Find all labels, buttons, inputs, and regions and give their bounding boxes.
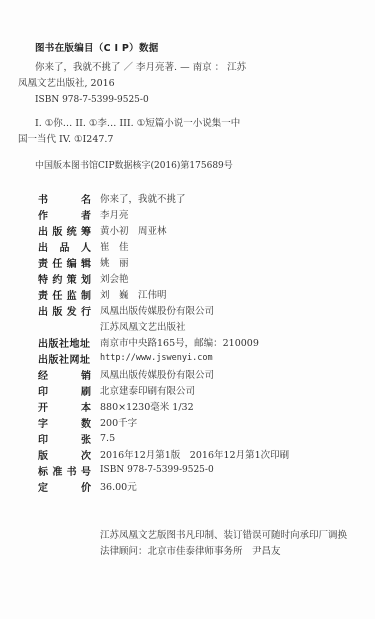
info-value: 2016年12月第1版 2016年12月第1次印刷 [100, 447, 289, 461]
cip-subject-line: I. ①你… II. ①李… III. ①短篇小说一小说集一中 [35, 118, 240, 130]
info-value: 凤凰出版传媒股份有限公司 [100, 303, 214, 317]
info-label: 特约策划 [38, 271, 91, 286]
info-value: 凤凰出版传媒股份有限公司 [100, 367, 214, 381]
info-value: 南京市中央路165号，邮编：210009 [100, 335, 259, 349]
info-value: 崔 佳 [100, 239, 129, 253]
exchange-notice: 江苏凤凰文艺版图书凡印制、装订错误可随时向承印厂调换 [100, 528, 347, 544]
cip-classification-line: 国一当代 IV. ①I247.7 [18, 134, 113, 146]
info-label: 出品人 [38, 239, 91, 254]
cip-publisher-line: 凤凰文艺出版社, 2016 [18, 78, 115, 90]
info-label: 出版统筹 [38, 223, 91, 238]
cip-serial-number: 中国版本图书馆CIP数据核字(2016)第175689号 [35, 158, 233, 171]
info-label: 书名 [38, 191, 91, 206]
info-label: 责任监制 [38, 287, 91, 302]
info-value: 880×1230毫米 1/32 [100, 399, 194, 413]
info-row-seller: 经销 凤凰出版传媒股份有限公司 [38, 366, 289, 382]
info-value: ISBN 978-7-5399-9525-0 [100, 465, 214, 475]
info-value: 36.00元 [100, 479, 137, 493]
info-row-author: 作者 李月亮 [38, 206, 289, 222]
info-value: 北京建泰印刷有限公司 [100, 383, 195, 397]
info-label: 出版社地址 [38, 335, 91, 350]
publisher-website-link: http://www.jswenyi.com [100, 353, 213, 363]
info-row-edition: 版次 2016年12月第1版 2016年12月第1次印刷 [38, 446, 289, 462]
info-row-distributor-2: 江苏凤凰文艺出版社 [38, 318, 289, 334]
info-row-distributor: 出版发行 凤凰出版传媒股份有限公司 [38, 302, 289, 318]
info-row-printed-sheets: 印张 7.5 [38, 430, 289, 446]
info-label: 开本 [38, 399, 91, 414]
footnotes: 江苏凤凰文艺版图书凡印制、装订错误可随时向承印厂调换 法律顾问：北京市佳泰律师事… [100, 528, 347, 560]
info-value: 李月亮 [100, 207, 129, 221]
info-row-producer: 出品人 崔 佳 [38, 238, 289, 254]
info-row-special-planner: 特约策划 刘会艳 [38, 270, 289, 286]
cip-title-line: 你来了，我就不挑了 ／ 李月亮著. — 南京 ： 江苏 [35, 62, 246, 74]
info-row-publisher-address: 出版社地址 南京市中央路165号，邮编：210009 [38, 334, 289, 350]
info-value: 200千字 [100, 415, 137, 429]
cip-isbn-line: ISBN 978-7-5399-9525-0 [35, 94, 149, 106]
info-value: 黄小初 周亚林 [100, 223, 167, 237]
info-row-supervisor: 责任监制 刘 巍 江伟明 [38, 286, 289, 302]
legal-counsel: 法律顾问：北京市佳泰律师事务所 尹昌友 [100, 544, 347, 560]
info-value: 你来了，我就不挑了 [100, 191, 186, 205]
info-label: 字数 [38, 415, 91, 430]
cip-heading: 图书在版编目（C I P）数据 [35, 40, 159, 54]
info-label: 定价 [38, 479, 91, 494]
info-value: 7.5 [100, 433, 115, 444]
info-value: 刘 巍 江伟明 [100, 287, 167, 301]
book-info-table: 书名 你来了，我就不挑了 作者 李月亮 出版统筹 黄小初 周亚林 出品人 崔 佳… [38, 190, 289, 494]
info-label: 标准书号 [38, 463, 91, 478]
info-row-title: 书名 你来了，我就不挑了 [38, 190, 289, 206]
info-row-format: 开本 880×1230毫米 1/32 [38, 398, 289, 414]
info-value: 姚 丽 [100, 255, 129, 269]
info-row-printer: 印刷 北京建泰印刷有限公司 [38, 382, 289, 398]
info-label: 经销 [38, 367, 91, 382]
info-row-publishing-coordinator: 出版统筹 黄小初 周亚林 [38, 222, 289, 238]
info-row-isbn: 标准书号 ISBN 978-7-5399-9525-0 [38, 462, 289, 478]
info-label: 出版发行 [38, 303, 91, 318]
info-row-word-count: 字数 200千字 [38, 414, 289, 430]
info-value: 江苏凤凰文艺出版社 [100, 319, 186, 333]
copyright-page: 图书在版编目（C I P）数据 你来了，我就不挑了 ／ 李月亮著. — 南京 ：… [0, 0, 375, 619]
info-value: 刘会艳 [100, 271, 129, 285]
info-label: 出版社网址 [38, 351, 91, 366]
info-label: 印张 [38, 431, 91, 446]
info-label: 作者 [38, 207, 91, 222]
info-label: 责任编辑 [38, 255, 91, 270]
info-row-editor: 责任编辑 姚 丽 [38, 254, 289, 270]
info-row-price: 定价 36.00元 [38, 478, 289, 494]
info-label: 版次 [38, 447, 91, 462]
info-label: 印刷 [38, 383, 91, 398]
info-row-publisher-website: 出版社网址 http://www.jswenyi.com [38, 350, 289, 366]
